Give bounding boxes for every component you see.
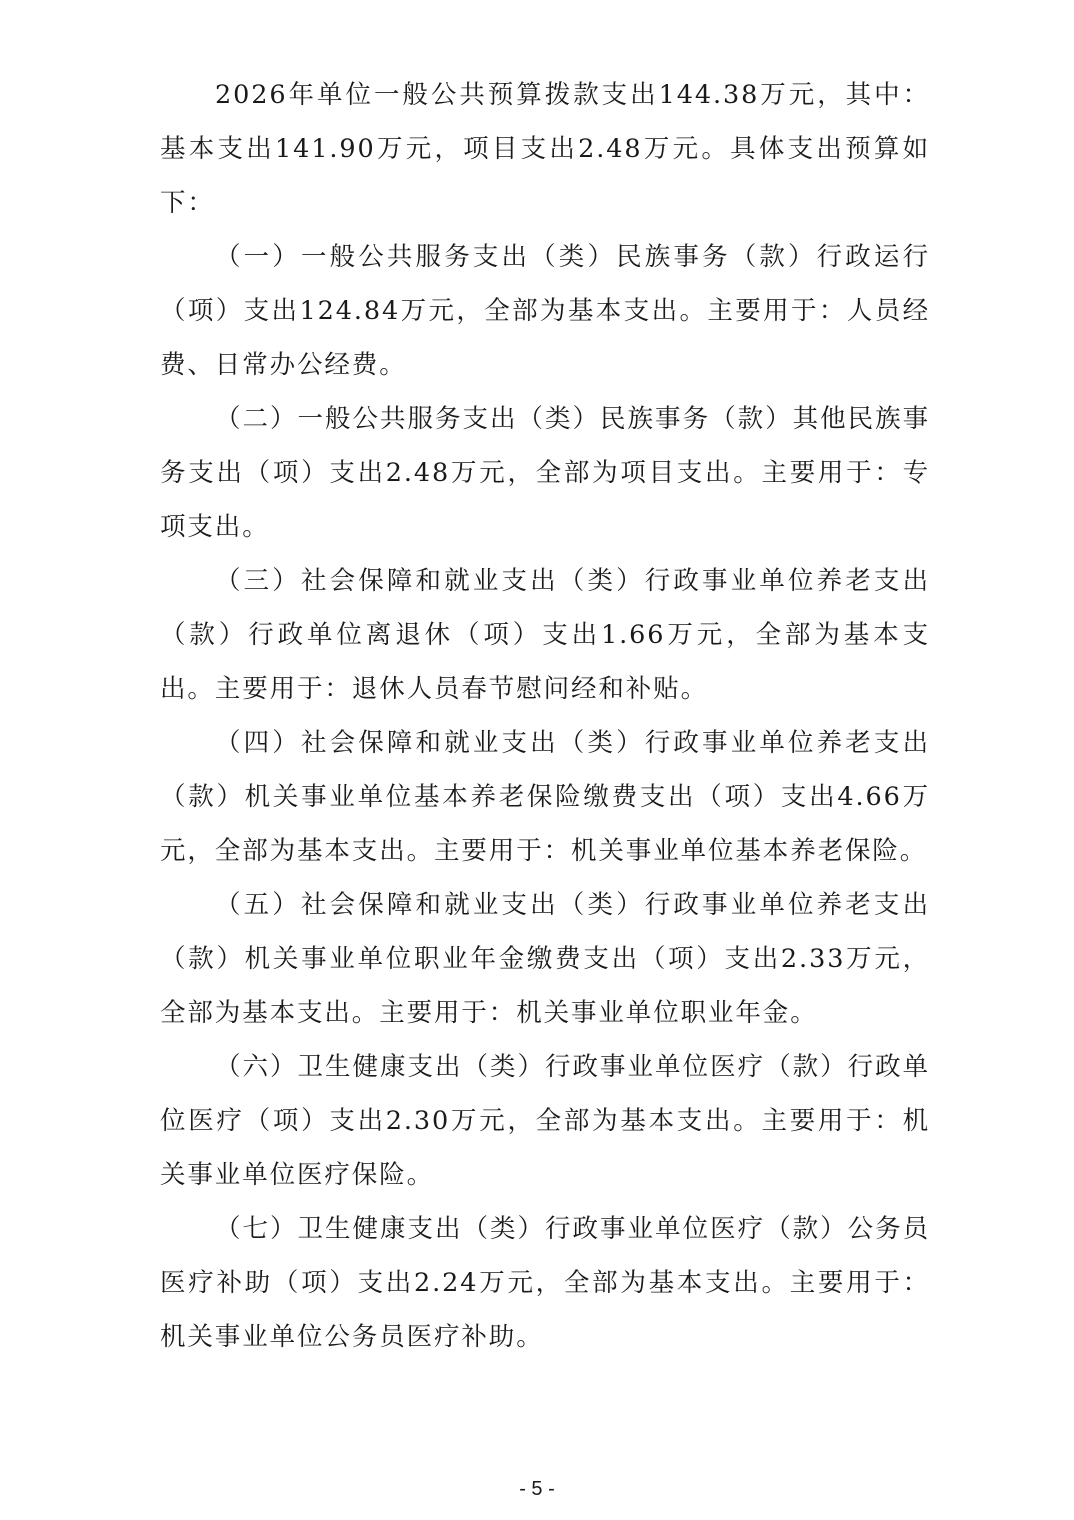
paragraph-item-6: （六）卫生健康支出（类）行政事业单位医疗（款）行政单位医疗（项）支出2.30万元…	[160, 1040, 930, 1202]
document-body: 2026年单位一般公共预算拨款支出144.38万元，其中：基本支出141.90万…	[160, 68, 930, 1364]
paragraph-item-7: （七）卫生健康支出（类）行政事业单位医疗（款）公务员医疗补助（项）支出2.24万…	[160, 1202, 930, 1364]
page-number: - 5 -	[0, 1478, 1074, 1501]
paragraph-item-3: （三）社会保障和就业支出（类）行政事业单位养老支出（款）行政单位离退休（项）支出…	[160, 554, 930, 716]
paragraph-summary: 2026年单位一般公共预算拨款支出144.38万元，其中：基本支出141.90万…	[160, 68, 930, 230]
paragraph-item-2: （二）一般公共服务支出（类）民族事务（款）其他民族事务支出（项）支出2.48万元…	[160, 392, 930, 554]
paragraph-item-5: （五）社会保障和就业支出（类）行政事业单位养老支出（款）机关事业单位职业年金缴费…	[160, 878, 930, 1040]
paragraph-item-1: （一）一般公共服务支出（类）民族事务（款）行政运行（项）支出124.84万元，全…	[160, 230, 930, 392]
paragraph-item-4: （四）社会保障和就业支出（类）行政事业单位养老支出（款）机关事业单位基本养老保险…	[160, 716, 930, 878]
